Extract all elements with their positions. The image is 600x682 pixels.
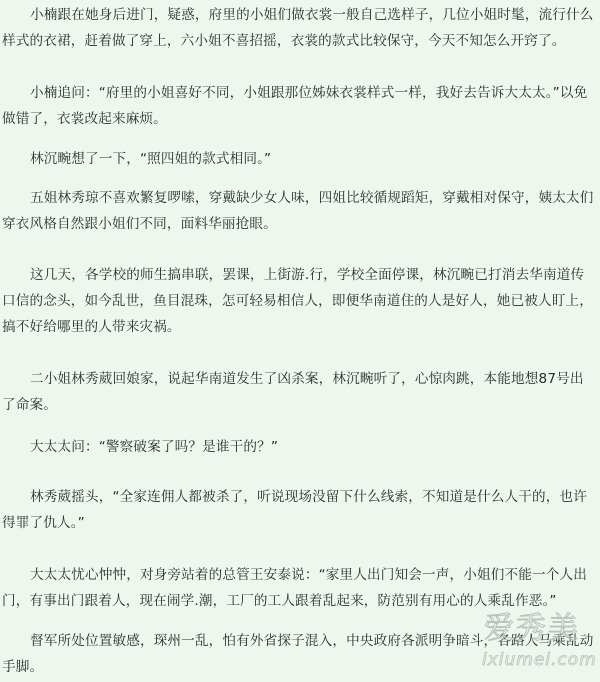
article-body: 小楠跟在她身后进门，疑惑，府里的小姐们做衣裳一般自己选样子，几位小姐时髦，流行什…: [2, 0, 596, 680]
paragraph: 小楠追问：“府里的小姐喜好不同，小姐跟那位姊妹衣裳样式一样，我好去告诉大太太。”…: [2, 80, 596, 132]
paragraph: 林秀葳摇头，“全家连佣人都被杀了，听说现场没留下什么线索，不知道是什么人干的，也…: [2, 484, 596, 536]
paragraph: 二小姐林秀葳回娘家，说起华南道发生了凶杀案，林沉畹听了，心惊肉跳，本能地想87号…: [2, 366, 596, 418]
paragraph: 大太太忧心忡忡，对身旁站着的总管王安泰说：“家里人出门知会一声，小姐们不能一个人…: [2, 562, 596, 614]
paragraph: 这几天，各学校的师生搞串联，罢课，上街游.行，学校全面停课，林沉畹已打消去华南道…: [2, 262, 596, 340]
paragraph: 督军所处位置敏感，琛州一乱，怕有外省探子混入，中央政府各派明争暗斗，各路人马乘乱…: [2, 628, 596, 680]
paragraph: 小楠跟在她身后进门，疑惑，府里的小姐们做衣裳一般自己选样子，几位小姐时髦，流行什…: [2, 2, 596, 54]
paragraph: 大太太问：“警察破案了吗？是谁干的？”: [2, 434, 596, 460]
paragraph: 五姐林秀琼不喜欢繁复啰嗦，穿戴缺少女人味，四姐比较循规蹈矩，穿戴相对保守，姨太太…: [2, 185, 596, 237]
paragraph: 林沉畹想了一下，“照四姐的款式相同。”: [2, 146, 596, 172]
